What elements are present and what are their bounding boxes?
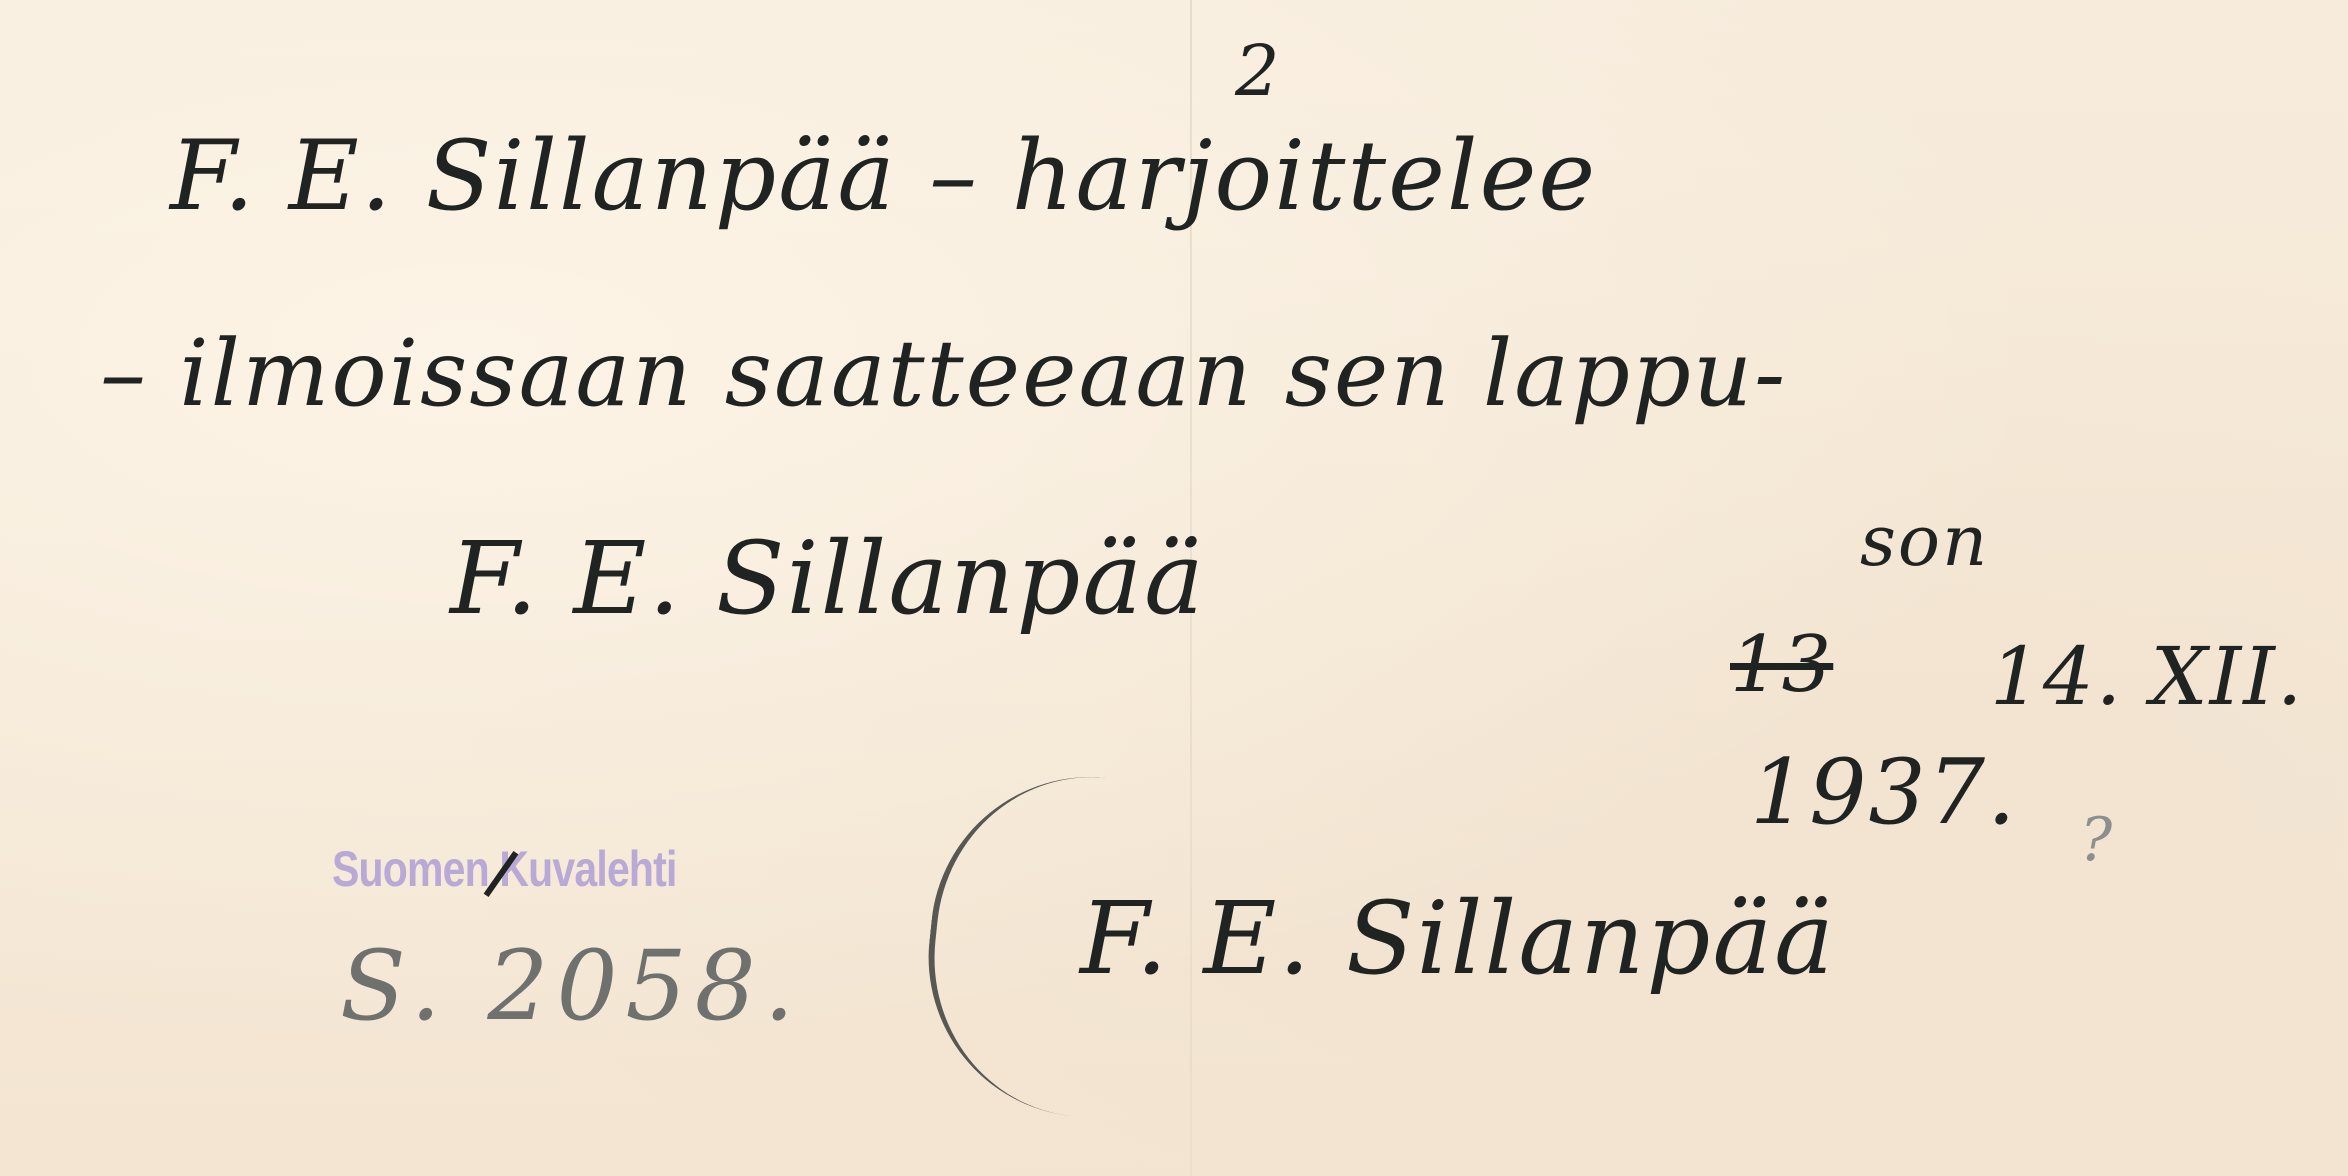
handwritten-line-1: F. E. Sillanpää – harjoittelee	[170, 120, 1597, 232]
struck-date: 13	[1730, 620, 1833, 710]
pencil-archive-number: S. 2058.	[340, 930, 802, 1042]
handwritten-line-3: F. E. Sillanpää	[450, 520, 1206, 637]
insert-mark: 2	[1235, 30, 1282, 112]
date: 14. XII.	[1990, 630, 2304, 723]
handwritten-line-3-suffix: son	[1860, 500, 1989, 582]
signature: F. E. Sillanpää	[1080, 880, 1836, 997]
year: 1937.	[1750, 740, 2018, 845]
year-question-mark: ?	[2080, 805, 2114, 875]
handwritten-line-2: – ilmoissaan saatteeaan sen lappu-	[100, 320, 1787, 427]
